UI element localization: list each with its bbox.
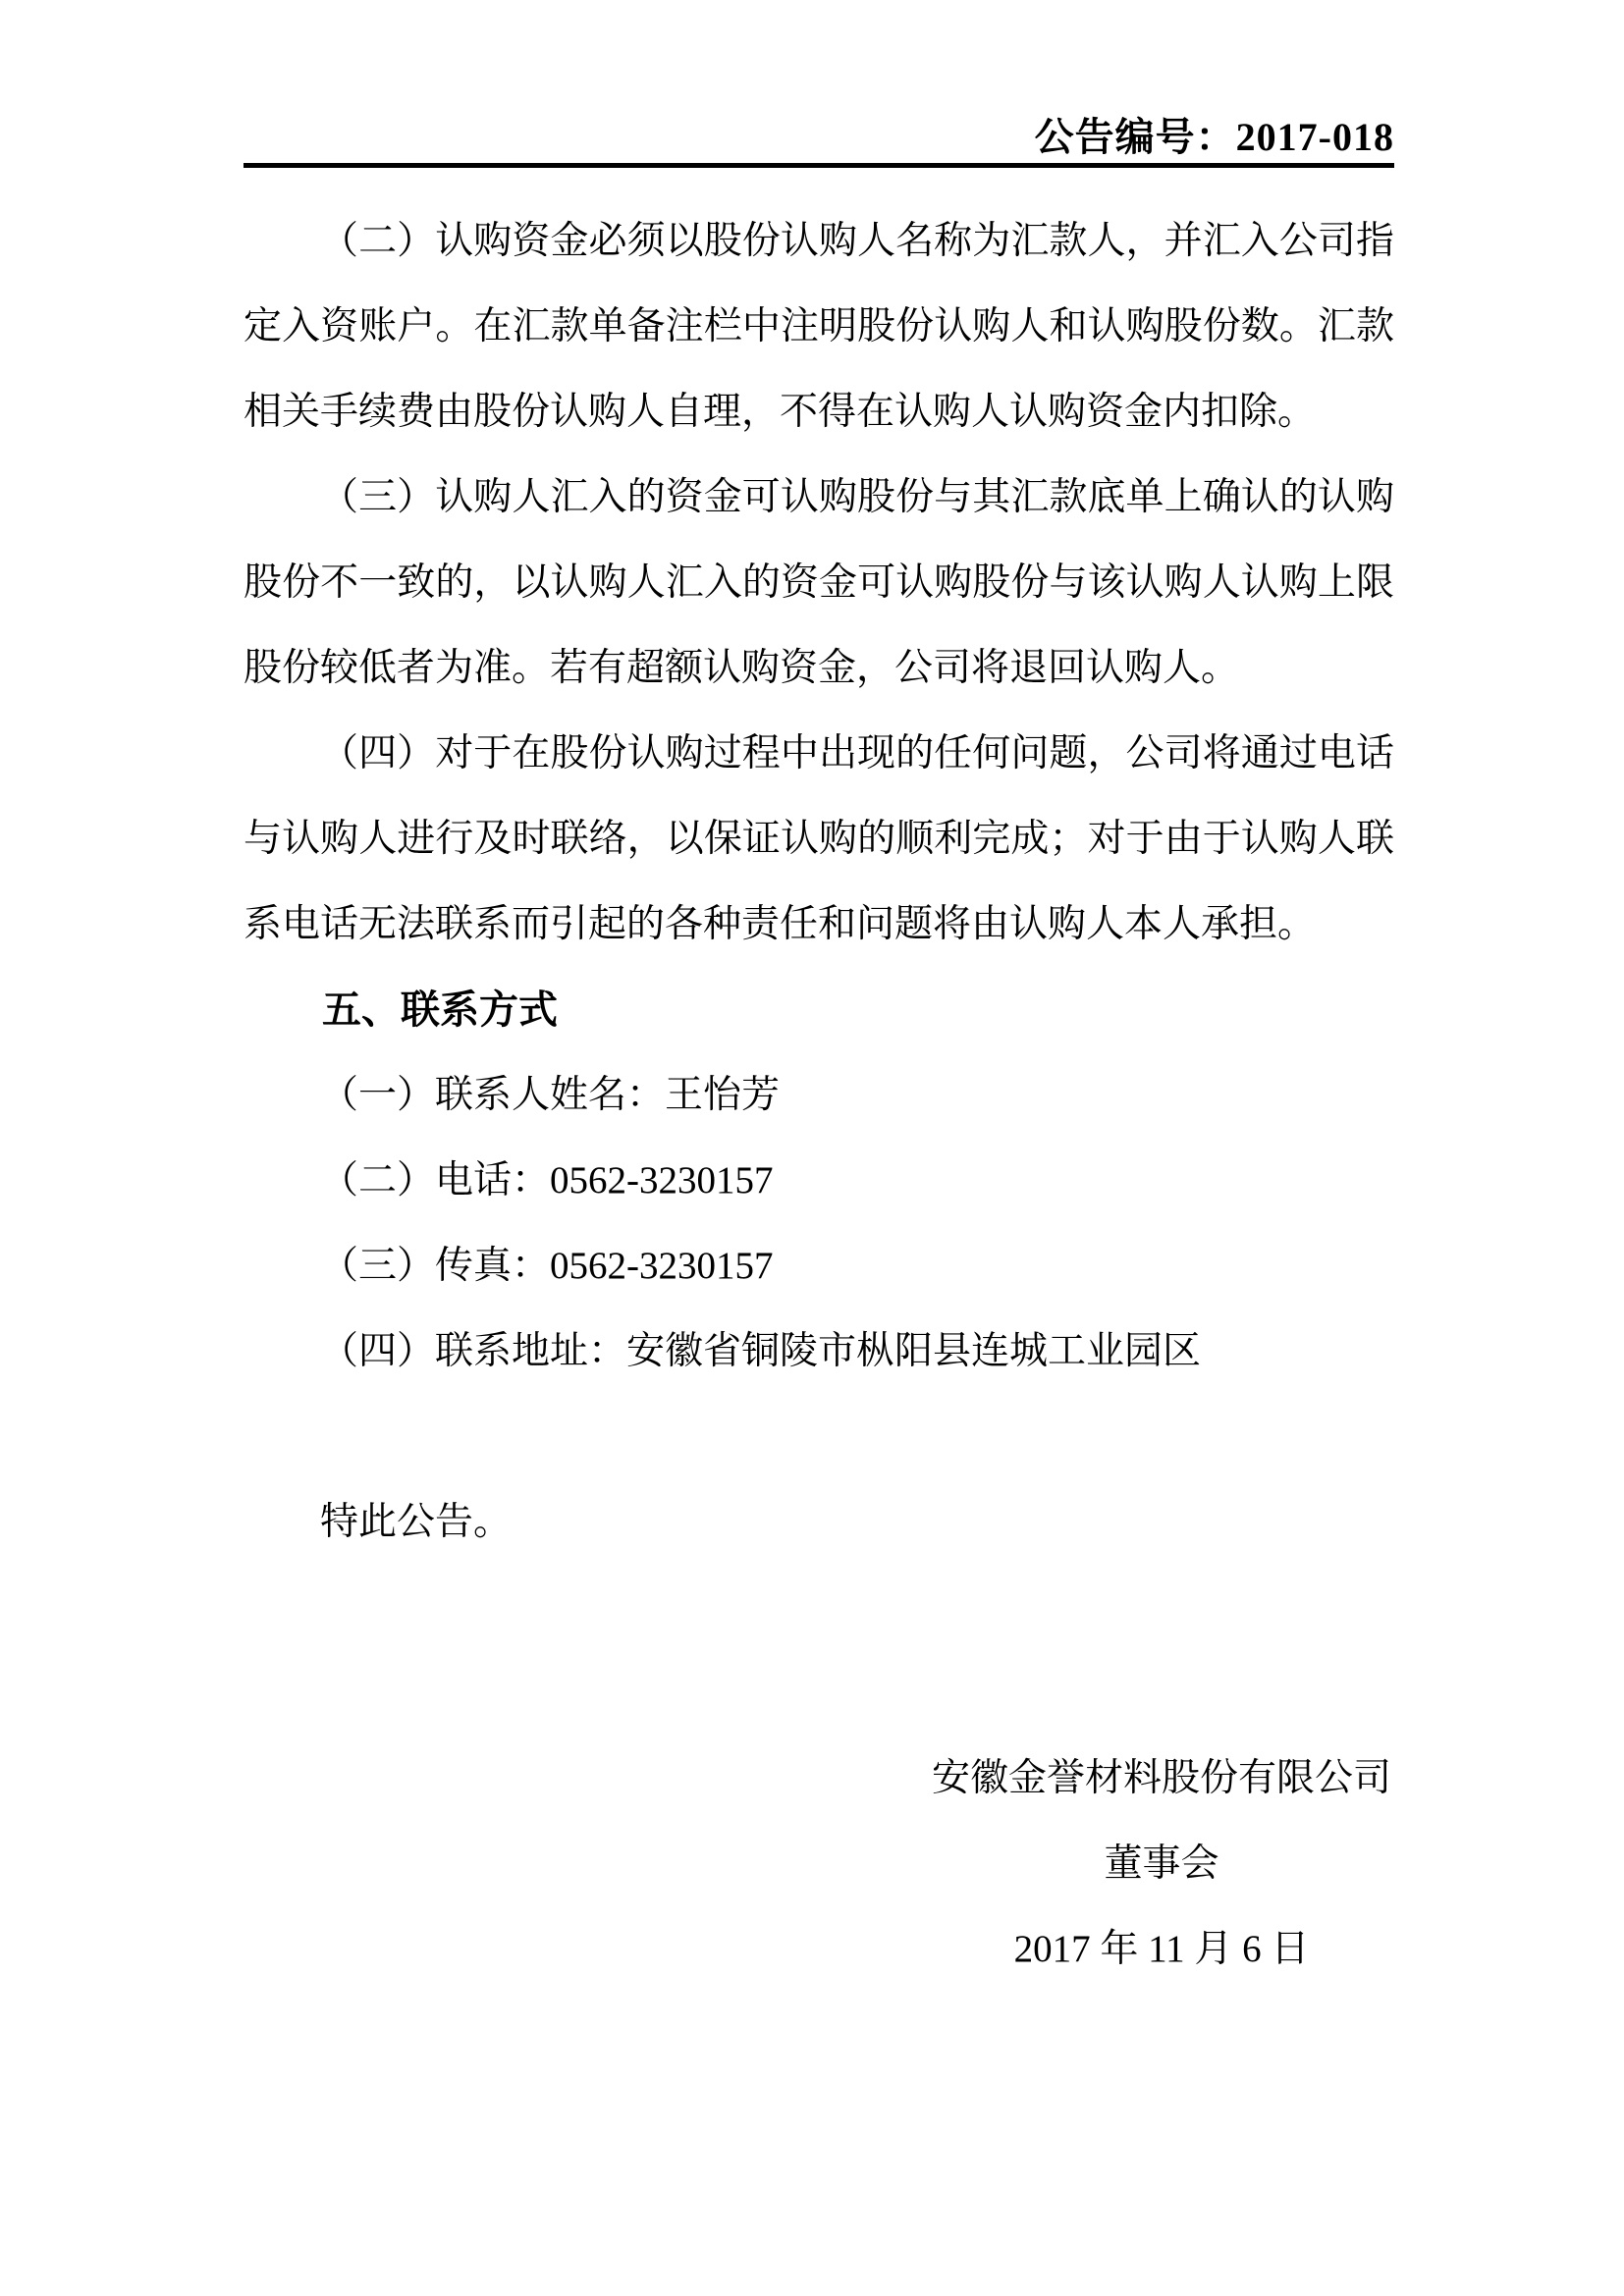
document-body: （二）认购资金必须以股份认购人名称为汇款人，并汇入公司指定入资账户。在汇款单备注… (244, 198, 1394, 1992)
contact-fax: （三）传真：0562-3230157 (244, 1223, 1394, 1308)
section-heading-contact-info: 五、联系方式 (244, 967, 1394, 1052)
document-content: 公告编号：2017-018 （二）认购资金必须以股份认购人名称为汇款人，并汇入公… (244, 116, 1394, 1992)
signature-date: 2017 年 11 月 6 日 (926, 1906, 1397, 1992)
contact-person-name: （一）联系人姓名：王怡芳 (244, 1052, 1394, 1138)
contact-phone: （二）电话：0562-3230157 (244, 1138, 1394, 1223)
board-of-directors-label: 董事会 (926, 1821, 1397, 1906)
signature-block: 安徽金誉材料股份有限公司 董事会 2017 年 11 月 6 日 (926, 1735, 1397, 1992)
paragraph-subscription-funds: （二）认购资金必须以股份认购人名称为汇款人，并汇入公司指定入资账户。在汇款单备注… (244, 198, 1394, 454)
header-divider (244, 163, 1394, 168)
paragraph-fund-mismatch: （三）认购人汇入的资金可认购股份与其汇款底单上确认的认购股份不一致的，以认购人汇… (244, 454, 1394, 711)
announcement-number: 公告编号：2017-018 (244, 116, 1394, 159)
document-page: 公告编号：2017-018 （二）认购资金必须以股份认购人名称为汇款人，并汇入公… (0, 0, 1624, 2296)
contact-address: （四）联系地址：安徽省铜陵市枞阳县连城工业园区 (244, 1308, 1394, 1394)
company-name: 安徽金誉材料股份有限公司 (926, 1735, 1397, 1821)
closing-statement: 特此公告。 (244, 1479, 1394, 1565)
paragraph-contact-issues: （四）对于在股份认购过程中出现的任何问题，公司将通过电话与认购人进行及时联络，以… (244, 711, 1394, 967)
